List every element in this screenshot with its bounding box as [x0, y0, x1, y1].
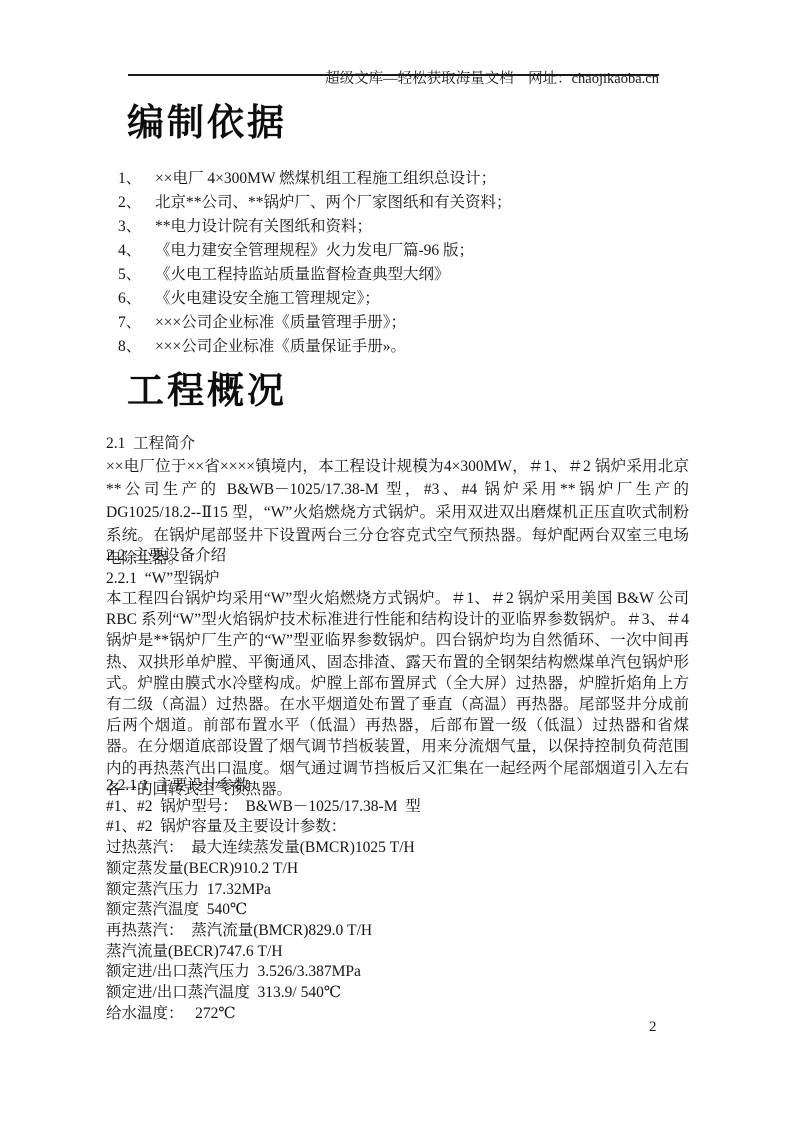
subheading-2-1: 2.1 工程简介 — [106, 432, 689, 455]
list-item: 2、北京**公司、**锅炉厂、两个厂家图纸和有关资料； — [118, 191, 688, 215]
spec-line: 2.2.1.1 主要设计参数 — [106, 776, 689, 797]
spec-line: 再热蒸汽： 蒸汽流量(BMCR)829.0 T/H — [106, 921, 689, 942]
list-item-text: **电力设计院有关图纸和资料； — [155, 218, 372, 235]
list-item-text: ××电厂 4×300MW 燃煤机组工程施工组织总设计； — [155, 170, 496, 187]
spec-line: 额定蒸汽压力 17.32MPa — [106, 880, 689, 901]
list-item-number: 7、 — [118, 311, 155, 335]
list-item: 6、《火电建设安全施工管理规定》； — [118, 287, 688, 311]
spec-line: 过热蒸汽： 最大连续蒸发量(BMCR)1025 T/H — [106, 838, 689, 859]
list-item: 5、《火电工程持监站质量监督检查典型大纲》 — [118, 263, 688, 287]
list-item-number: 5、 — [118, 263, 155, 287]
list-item-text: 《火电建设安全施工管理规定》； — [155, 290, 380, 307]
list-item: 7、×××公司企业标准《质量管理手册》； — [118, 311, 688, 335]
boiler-description-paragraph: 本工程四台锅炉均采用“W”型火焰燃烧方式锅炉。＃1、＃2 锅炉采用美国 B&W … — [106, 588, 689, 800]
spec-line: #1、#2 锅炉型号： B&WB－1025/17.38-M 型 — [106, 797, 689, 818]
list-item-number: 2、 — [118, 191, 155, 215]
list-item-text: 《电力建安全管理规程》火力发电厂篇-96 版； — [155, 242, 474, 259]
list-item: 8、×××公司企业标准《质量保证手册»。 — [118, 335, 688, 359]
list-item-text: 北京**公司、**锅炉厂、两个厂家图纸和有关资料； — [155, 194, 512, 211]
list-item-text: ×××公司企业标准《质量管理手册》； — [155, 314, 406, 331]
spec-line: 额定蒸汽温度 540℃ — [106, 900, 689, 921]
design-parameters-block: 2.2.1.1 主要设计参数 #1、#2 锅炉型号： B&WB－1025/17.… — [106, 776, 689, 1024]
list-item: 1、××电厂 4×300MW 燃煤机组工程施工组织总设计； — [118, 167, 688, 191]
subheading-2-2: 2.2 主要设备介绍 — [106, 545, 689, 568]
reference-list: 1、××电厂 4×300MW 燃煤机组工程施工组织总设计； 2、北京**公司、*… — [118, 167, 688, 359]
list-item-text: 《火电工程持监站质量监督检查典型大纲》 — [155, 266, 450, 283]
subheading-2-2-1: 2.2.1 “W”型锅炉 — [106, 568, 689, 591]
list-item-number: 8、 — [118, 335, 155, 359]
spec-line: 额定进/出口蒸汽压力 3.526/3.387MPa — [106, 962, 689, 983]
page-header: 超级文库—轻松获取海量文档 网址：chaojikaoba.cn — [128, 52, 659, 106]
list-item-number: 4、 — [118, 239, 155, 263]
equipment-headings-block: 2.2 主要设备介绍 2.2.1 “W”型锅炉 — [106, 545, 689, 590]
list-item-number: 3、 — [118, 215, 155, 239]
page-number: 2 — [649, 1019, 657, 1036]
spec-line: 额定蒸发量(BECR)910.2 T/H — [106, 859, 689, 880]
document-page: 超级文库—轻松获取海量文档 网址：chaojikaoba.cn 编制依据 1、×… — [0, 0, 793, 1122]
header-rule — [128, 74, 659, 76]
boiler-description-block: 本工程四台锅炉均采用“W”型火焰燃烧方式锅炉。＃1、＃2 锅炉采用美国 B&W … — [106, 588, 689, 800]
spec-line: 蒸汽流量(BECR)747.6 T/H — [106, 942, 689, 963]
spec-line: 额定进/出口蒸汽温度 313.9/ 540℃ — [106, 983, 689, 1004]
list-item-number: 6、 — [118, 287, 155, 311]
spec-line: #1、#2 锅炉容量及主要设计参数： — [106, 817, 689, 838]
chapter-title-compilation-basis: 编制依据 — [127, 104, 287, 144]
list-item: 3、**电力设计院有关图纸和资料； — [118, 215, 688, 239]
list-item-text: ×××公司企业标准《质量保证手册»。 — [155, 338, 406, 355]
list-item-number: 1、 — [118, 167, 155, 191]
chapter-title-project-overview: 工程概况 — [127, 372, 287, 412]
spec-line: 给水温度： 272℃ — [106, 1004, 689, 1025]
list-item: 4、《电力建安全管理规程》火力发电厂篇-96 版； — [118, 239, 688, 263]
